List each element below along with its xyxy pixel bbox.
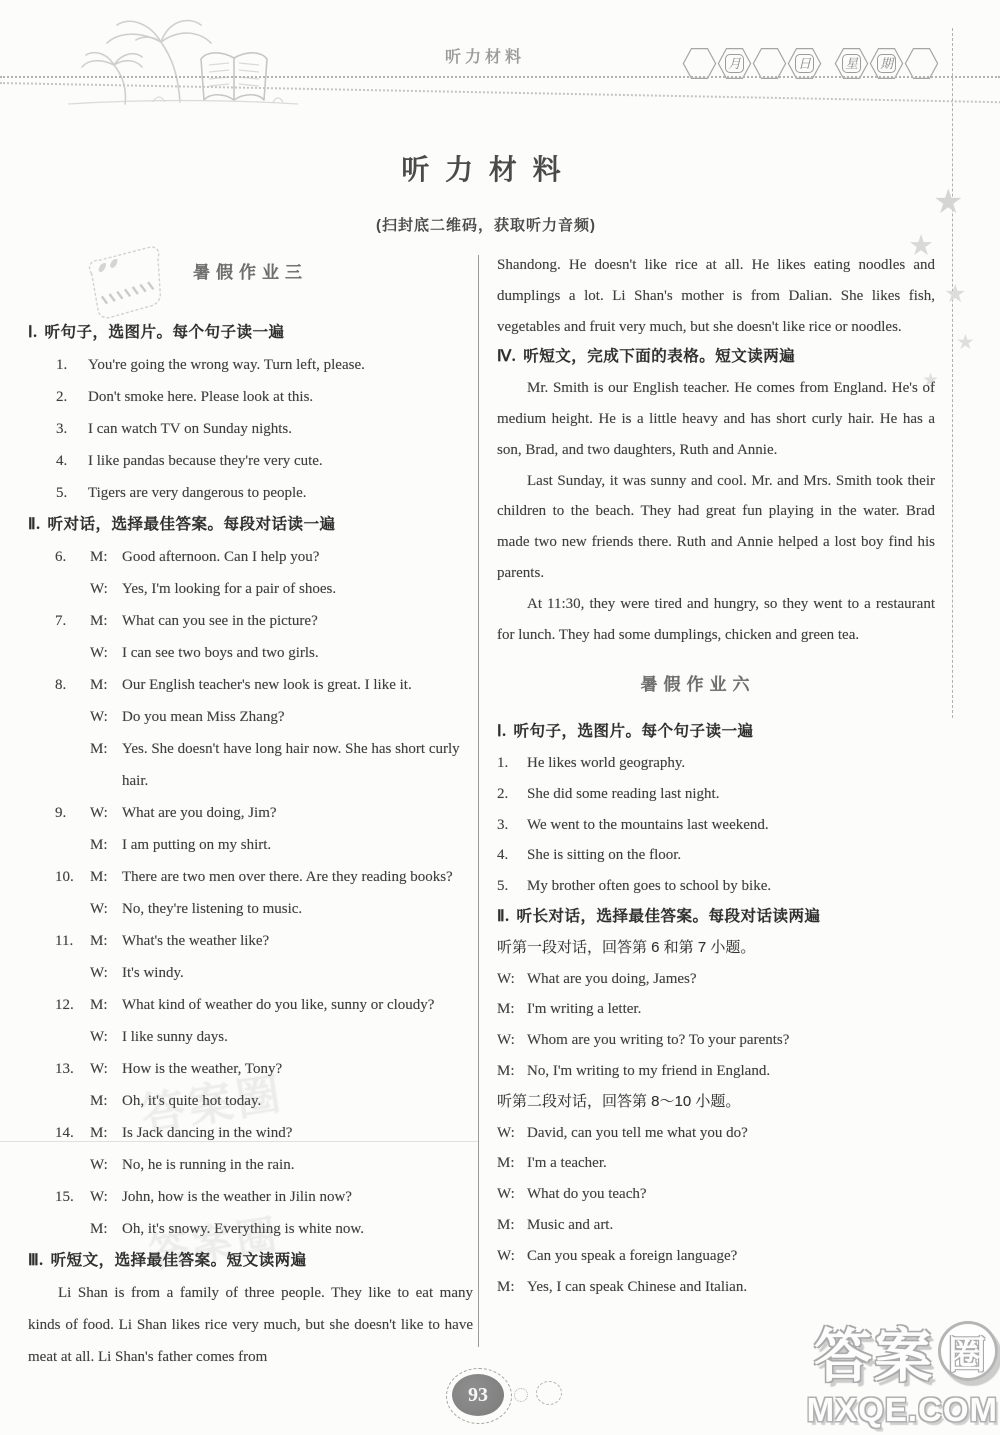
line-text: No, I'm writing to my friend in England. <box>527 1063 770 1079</box>
line-text: 听句子，选图片。每个句子读一遍 <box>513 723 753 740</box>
text-line: W:I can see two boys and two girls. <box>28 637 473 669</box>
page-number: 93 <box>452 1374 504 1416</box>
line-text: Yes. She doesn't have long hair now. She… <box>122 741 460 757</box>
line-text: We went to the mountains last weekend. <box>527 817 769 833</box>
line-text: No, they're listening to music. <box>122 901 302 917</box>
date-cell-label: 日 <box>795 54 814 73</box>
line-text: He likes world geography. <box>527 755 685 771</box>
line-text: John, how is the weather in Jilin now? <box>122 1189 352 1205</box>
line-text: What kind of weather do you like, sunny … <box>122 997 434 1013</box>
date-cell-label: 月 <box>725 54 744 73</box>
text-line: 听第一段对话，回答第 6 和第 7 小题。 <box>497 933 935 964</box>
line-number: 5. <box>497 871 508 902</box>
text-line: M:Yes. She doesn't have long hair now. S… <box>28 733 473 765</box>
text-line: 9.W:What are you doing, Jim? <box>28 797 473 829</box>
speaker-label: M: <box>90 1085 108 1117</box>
line-text: Good afternoon. Can I help you? <box>122 549 319 565</box>
line-text: At 11:30, they were tired and hungry, so… <box>497 589 935 651</box>
text-line: 11.M:What's the weather like? <box>28 925 473 957</box>
text-line: 7.M:What can you see in the picture? <box>28 605 473 637</box>
line-text: I'm a teacher. <box>527 1155 607 1171</box>
line-text: 暑假作业六 <box>641 675 756 694</box>
speaker-label: M: <box>90 1117 108 1149</box>
text-line: 6.M:Good afternoon. Can I help you? <box>28 541 473 573</box>
line-number: Ⅱ. <box>28 516 48 533</box>
scanned-page: 听力材料 月 日 星 期 ★ ★ ★ ★ ★ 听 力 材 料 (扫封底二维码，获… <box>0 0 1000 1435</box>
text-line: Ⅰ.听句子，选图片。每个句子读一遍 <box>497 717 935 748</box>
line-number: 6. <box>55 541 66 573</box>
text-line: W:What are you doing, James? <box>497 964 935 995</box>
text-line: M:Music and art. <box>497 1210 935 1241</box>
line-text: Whom are you writing to? To your parents… <box>527 1032 789 1048</box>
text-line: 4.I like pandas because they're very cut… <box>28 445 473 477</box>
line-number: 12. <box>55 989 74 1021</box>
line-number: 3. <box>497 810 508 841</box>
line-text: 听句子，选图片。每个句子读一遍 <box>44 324 284 341</box>
text-line: M:I'm writing a letter. <box>497 994 935 1025</box>
brand-watermark-row: 答案 圈 <box>814 1309 998 1393</box>
line-text: Last Sunday, it was sunny and cool. Mr. … <box>497 466 935 589</box>
line-number: 5. <box>56 477 67 509</box>
line-text: I can watch TV on Sunday nights. <box>88 421 292 437</box>
line-text: Yes, I'm looking for a pair of shoes. <box>122 581 336 597</box>
text-line: Ⅱ.听对话，选择最佳答案。每段对话读一遍 <box>28 509 473 541</box>
decorative-dotted-circle <box>514 1388 528 1402</box>
text-line: 暑假作业六 <box>497 670 899 701</box>
date-cell-label: 期 <box>877 54 896 73</box>
speaker-label: W: <box>497 1179 515 1210</box>
right-column: Shandong. He doesn't like rice at all. H… <box>497 250 935 1302</box>
line-number: 11. <box>55 925 73 957</box>
brand-watermark-url: MXQE.COM <box>807 1391 998 1429</box>
line-text: 听长对话，选择最佳答案。每段对话读两遍 <box>517 908 821 925</box>
speaker-label: M: <box>90 605 108 637</box>
speaker-label: M: <box>90 829 108 861</box>
speaker-label: W: <box>90 797 108 829</box>
text-line: 1.He likes world geography. <box>497 748 935 779</box>
line-text: What do you teach? <box>527 1186 647 1202</box>
line-number: Ⅰ. <box>497 723 513 740</box>
speaker-label: W: <box>90 957 108 989</box>
line-text: She is sitting on the floor. <box>527 847 681 863</box>
text-line: 1.You're going the wrong way. Turn left,… <box>28 349 473 381</box>
speaker-label: W: <box>497 964 515 995</box>
line-text: Don't smoke here. Please look at this. <box>88 389 313 405</box>
speaker-label: M: <box>497 1272 515 1303</box>
line-number: 2. <box>497 779 508 810</box>
line-number: 1. <box>56 349 67 381</box>
text-line: M:Yes, I can speak Chinese and Italian. <box>497 1272 935 1303</box>
text-line: Li Shan is from a family of three people… <box>28 1277 473 1373</box>
page-number-badge: 93 <box>446 1368 512 1424</box>
line-text: There are two men over there. Are they r… <box>122 869 453 885</box>
speaker-label: W: <box>90 637 108 669</box>
speaker-label: M: <box>90 989 108 1021</box>
line-number: 7. <box>55 605 66 637</box>
text-line: W:I like sunny days. <box>28 1021 473 1053</box>
line-text: Mr. Smith is our English teacher. He com… <box>497 373 935 465</box>
line-number: 8. <box>55 669 66 701</box>
text-line: 3.I can watch TV on Sunday nights. <box>28 413 473 445</box>
text-line: Mr. Smith is our English teacher. He com… <box>497 373 935 465</box>
speaker-label: M: <box>497 1210 515 1241</box>
line-text: It's windy. <box>122 965 184 981</box>
line-text: Music and art. <box>527 1217 613 1233</box>
line-number: 4. <box>497 840 508 871</box>
text-line: W:Can you speak a foreign language? <box>497 1241 935 1272</box>
star-icon: ★ <box>956 332 975 353</box>
text-line: 4.She is sitting on the floor. <box>497 840 935 871</box>
speaker-label: M: <box>90 733 108 765</box>
line-text: You're going the wrong way. Turn left, p… <box>88 357 365 373</box>
text-line: 2.Don't smoke here. Please look at this. <box>28 381 473 413</box>
text-line: 5.Tigers are very dangerous to people. <box>28 477 473 509</box>
text-line: Ⅱ.听长对话，选择最佳答案。每段对话读两遍 <box>497 902 935 933</box>
text-line: Shandong. He doesn't like rice at all. H… <box>497 250 935 342</box>
line-number: 14. <box>55 1117 74 1149</box>
scan-artifact-line <box>0 1141 478 1142</box>
speaker-label: W: <box>90 573 108 605</box>
line-text: What can you see in the picture? <box>122 613 318 629</box>
column-divider-rule <box>478 255 479 1347</box>
decorative-dashed-circle <box>536 1381 562 1405</box>
line-number: 10. <box>55 861 74 893</box>
speaker-label: W: <box>90 1053 108 1085</box>
text-line: hair. <box>28 765 473 797</box>
text-line: 2.She did some reading last night. <box>497 779 935 810</box>
page-title: 听 力 材 料 <box>0 148 966 188</box>
line-number: Ⅱ. <box>497 908 517 925</box>
brand-watermark-circle-logo: 圈 <box>938 1321 998 1381</box>
line-number: 1. <box>497 748 508 779</box>
speaker-label: W: <box>497 1241 515 1272</box>
line-text: Yes, I can speak Chinese and Italian. <box>527 1279 747 1295</box>
speaker-label: W: <box>497 1025 515 1056</box>
text-line: 10.M:There are two men over there. Are t… <box>28 861 473 893</box>
line-text: 听第二段对话，回答第 8～10 小题。 <box>497 1093 740 1110</box>
text-line: W:No, they're listening to music. <box>28 893 473 925</box>
speaker-label: M: <box>90 861 108 893</box>
line-text: What are you doing, James? <box>527 971 697 987</box>
page-subtitle: (扫封底二维码，获取听力音频) <box>0 214 972 235</box>
star-icon: ★ <box>944 282 966 307</box>
line-number: 15. <box>55 1181 74 1213</box>
text-line: W:Do you mean Miss Zhang? <box>28 701 473 733</box>
line-number: 9. <box>55 797 66 829</box>
line-text: 暑假作业三 <box>193 263 308 282</box>
text-line: 5.My brother often goes to school by bik… <box>497 871 935 902</box>
line-text: My brother often goes to school by bike. <box>527 878 771 894</box>
line-number: 4. <box>56 445 67 477</box>
line-number: 3. <box>56 413 67 445</box>
text-line: W:No, he is running in the rain. <box>28 1149 473 1181</box>
speaker-label: W: <box>90 1149 108 1181</box>
text-line: 8.M:Our English teacher's new look is gr… <box>28 669 473 701</box>
speaker-label: M: <box>497 994 515 1025</box>
line-text: No, he is running in the rain. <box>122 1157 294 1173</box>
line-text: I am putting on my shirt. <box>122 837 271 853</box>
text-line: Last Sunday, it was sunny and cool. Mr. … <box>497 466 935 589</box>
line-text: Can you speak a foreign language? <box>527 1248 737 1264</box>
line-text: I like sunny days. <box>122 1029 228 1045</box>
line-text: Do you mean Miss Zhang? <box>122 709 284 725</box>
line-text: She did some reading last night. <box>527 786 719 802</box>
text-line: Ⅳ.听短文，完成下面的表格。短文读两遍 <box>497 342 935 373</box>
line-text: Li Shan is from a family of three people… <box>28 1277 473 1373</box>
line-text: Our English teacher's new look is great.… <box>122 677 412 693</box>
line-text: 听第一段对话，回答第 6 和第 7 小题。 <box>497 939 755 956</box>
speaker-label: M: <box>497 1056 515 1087</box>
line-text: I can see two boys and two girls. <box>122 645 319 661</box>
line-text: I like pandas because they're very cute. <box>88 453 323 469</box>
text-line: W:It's windy. <box>28 957 473 989</box>
line-text: I'm writing a letter. <box>527 1001 641 1017</box>
text-line: W:Whom are you writing to? To your paren… <box>497 1025 935 1056</box>
speaker-label: W: <box>90 893 108 925</box>
text-line: 听第二段对话，回答第 8～10 小题。 <box>497 1087 935 1118</box>
text-line: 12.M:What kind of weather do you like, s… <box>28 989 473 1021</box>
line-text: What's the weather like? <box>122 933 269 949</box>
text-line: M:I am putting on my shirt. <box>28 829 473 861</box>
text-line: W:Yes, I'm looking for a pair of shoes. <box>28 573 473 605</box>
line-text: 听对话，选择最佳答案。每段对话读一遍 <box>48 516 336 533</box>
text-line: 3.We went to the mountains last weekend. <box>497 810 935 841</box>
speaker-label: W: <box>90 1181 108 1213</box>
speaker-label: W: <box>90 701 108 733</box>
line-text: 听短文，完成下面的表格。短文读两遍 <box>523 348 795 365</box>
speaker-label: M: <box>90 669 108 701</box>
speaker-label: M: <box>90 1213 108 1245</box>
text-line: W:What do you teach? <box>497 1179 935 1210</box>
line-number: Ⅳ. <box>497 348 523 365</box>
text-line: M:No, I'm writing to my friend in Englan… <box>497 1056 935 1087</box>
speaker-label: W: <box>497 1118 515 1149</box>
line-text: David, can you tell me what you do? <box>527 1125 748 1141</box>
text-line: M:I'm a teacher. <box>497 1148 935 1179</box>
speaker-label: M: <box>90 925 108 957</box>
line-text: Tigers are very dangerous to people. <box>88 485 307 501</box>
line-number: Ⅲ. <box>28 1252 51 1269</box>
brand-watermark-text: 答案 <box>814 1309 934 1393</box>
text-line: At 11:30, they were tired and hungry, so… <box>497 589 935 651</box>
text-line: 暑假作业三 <box>28 255 473 291</box>
line-text: What are you doing, Jim? <box>122 805 277 821</box>
date-cell-label: 星 <box>842 54 861 73</box>
speaker-label: M: <box>497 1148 515 1179</box>
line-text: hair. <box>122 773 148 789</box>
line-number: 2. <box>56 381 67 413</box>
line-number: Ⅰ. <box>28 324 44 341</box>
line-text: Shandong. He doesn't like rice at all. H… <box>497 250 935 342</box>
text-line: W:David, can you tell me what you do? <box>497 1118 935 1149</box>
margin-dashed-rule <box>952 28 953 718</box>
speaker-label: M: <box>90 541 108 573</box>
header-dotted-rule <box>0 76 1000 78</box>
speaker-label: W: <box>90 1021 108 1053</box>
text-line: Ⅰ.听句子，选图片。每个句子读一遍 <box>28 317 473 349</box>
line-number: 13. <box>55 1053 74 1085</box>
